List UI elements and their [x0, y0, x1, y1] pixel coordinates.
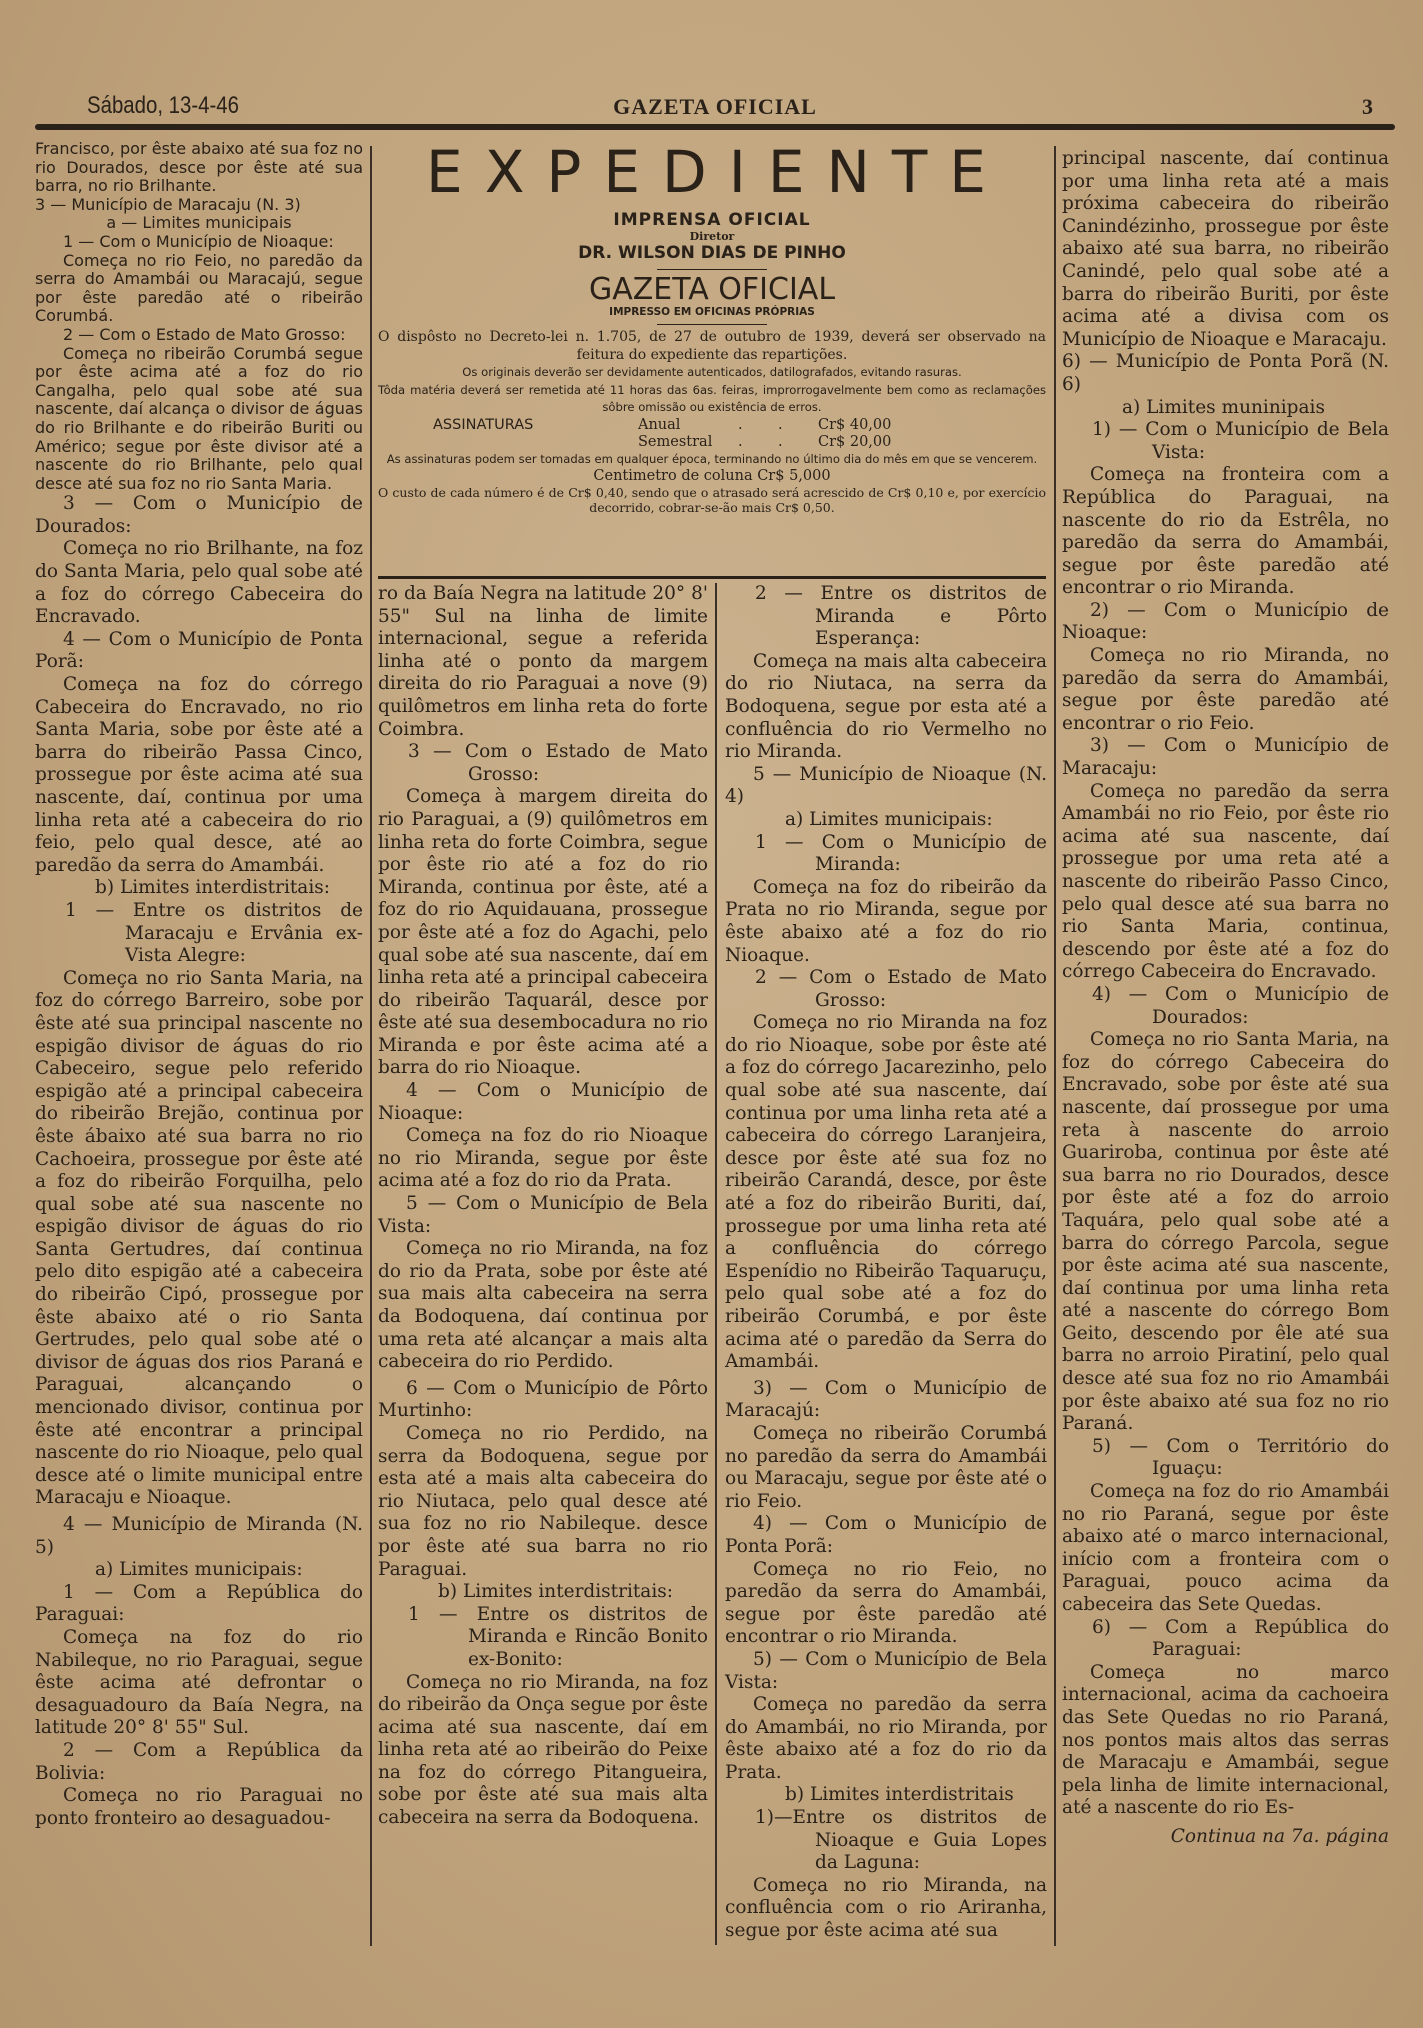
- column-4: principal nascente, daí continua por uma…: [1062, 148, 1389, 1849]
- assinaturas-note: As assinaturas podem ser tomadas em qual…: [378, 451, 1046, 469]
- impresso-note: IMPRESSO EM OFICINAS PRÓPRIAS: [378, 306, 1046, 318]
- paragraph: Começa na foz do rio Nabileque, no rio P…: [35, 1627, 363, 1740]
- column-1-top-block: Francisco, por êste abaixo até sua foz n…: [35, 140, 363, 493]
- item-heading: 5 — Com o Município de Bela Vista:: [378, 1193, 708, 1238]
- materia-note: Tôda matéria deverá ser remetida até 11 …: [378, 382, 1046, 417]
- item-heading: 5) — Com o Território do Iguaçu:: [1062, 1436, 1389, 1481]
- paragraph: Começa na mais alta cabeceira do rio Niu…: [725, 651, 1047, 764]
- paragraph: Começa na foz do rio Amambái no rio Para…: [1062, 1481, 1389, 1617]
- gazeta-title: GAZETA OFICIAL: [378, 274, 1046, 306]
- paragraph: Francisco, por êste abaixo até sua foz n…: [35, 140, 363, 196]
- paragraph: Começa no rio Miranda, na confluência co…: [725, 1875, 1047, 1943]
- item-heading: 1 — Com o Município de Miranda:: [725, 832, 1047, 877]
- item-heading: 4) — Com o Município de Ponta Porã:: [725, 1513, 1047, 1558]
- subsection-heading: b) Limites interdistritais:: [35, 877, 363, 900]
- expediente-box: EXPEDIENTE IMPRENSA OFICIAL Diretor DR. …: [378, 140, 1046, 575]
- item-heading: 4 — Com o Município de Ponta Porã:: [35, 629, 363, 674]
- paragraph: ro da Baía Negra na latitude 20° 8' 55" …: [378, 583, 708, 741]
- assinatura-valor: Cr$ 20,00: [818, 434, 1046, 451]
- paragraph: Começa no rio Feio, no paredão da serra …: [35, 252, 363, 326]
- item-heading: 1 — Entre os distritos de Miranda e Rinc…: [378, 1604, 708, 1672]
- item-heading: 3) — Com o Município de Maracaju:: [1062, 735, 1389, 780]
- paragraph: Começa na foz do rio Nioaque no rio Mira…: [378, 1125, 708, 1193]
- dot-leader: .: [778, 417, 818, 434]
- header-page-number: 3: [1362, 94, 1373, 120]
- section-heading: 5 — Município de Nioaque (N. 4): [725, 764, 1047, 809]
- assinatura-periodo: Semestral: [638, 434, 738, 451]
- section-heading: 3 — Município de Maracaju (N. 3): [35, 196, 363, 215]
- item-heading: 2 — Com a República da Bolivia:: [35, 1740, 363, 1785]
- paragraph: Começa no rio Santa Maria, na foz do cór…: [35, 968, 363, 1510]
- subsection-heading: b) Limites interdistritais: [725, 1784, 1047, 1807]
- diretor-name: DR. WILSON DIAS DE PINHO: [378, 243, 1046, 263]
- section-heading: 4 — Município de Miranda (N. 5): [35, 1514, 363, 1559]
- column-divider: [715, 583, 717, 1945]
- paragraph: Começa no rio Perdido, na serra da Bodoq…: [378, 1423, 708, 1581]
- item-heading: 4 — Com o Município de Nioaque:: [378, 1080, 708, 1125]
- expediente-bottom-rule: [378, 576, 1046, 579]
- assinaturas-table: ASSINATURAS Anual . . Cr$ 40,00 Semestra…: [378, 417, 1046, 451]
- item-heading: 3) — Com o Município de Maracajú:: [725, 1378, 1047, 1423]
- paragraph: Começa no rio Paraguai no ponto fronteir…: [35, 1785, 363, 1830]
- item-heading: 2 — Com o Estado de Mato Grosso:: [725, 967, 1047, 1012]
- item-heading: 5) — Com o Município de Bela Vista:: [725, 1649, 1047, 1694]
- column-divider: [370, 146, 372, 1946]
- paragraph: Começa no paredão da serra do Amambái, n…: [725, 1694, 1047, 1784]
- item-heading: 6 — Com o Município de Pôrto Murtinho:: [378, 1378, 708, 1423]
- continued-note: Continua na 7a. página: [1062, 1826, 1389, 1849]
- paragraph: Começa no paredão da serra Amambái no ri…: [1062, 781, 1389, 984]
- subsection-heading: a) Limites municipais:: [35, 1559, 363, 1582]
- assinatura-periodo: Anual: [638, 417, 738, 434]
- subsection-heading: b) Limites interdistritais:: [378, 1581, 708, 1604]
- centimetro-price: Centimetro de coluna Cr$ 5,000: [378, 468, 1046, 485]
- paragraph: Começa no rio Miranda, na foz do rio da …: [378, 1238, 708, 1374]
- diretor-label: Diretor: [378, 230, 1046, 243]
- section-heading: 6) — Município de Ponta Porã (N. 6): [1062, 351, 1389, 396]
- paragraph: Começa no rio Santa Maria, na foz do cór…: [1062, 1029, 1389, 1436]
- paragraph: Começa na foz do córrego Cabeceira do En…: [35, 674, 363, 877]
- paragraph: Começa na fronteira com a República do P…: [1062, 464, 1389, 600]
- originais-note: Os originais deverão ser devidamente aut…: [378, 364, 1046, 382]
- item-heading: 2 — Entre os distritos de Miranda e Pôrt…: [725, 583, 1047, 651]
- expediente-title: EXPEDIENTE: [388, 140, 1046, 204]
- paragraph: Começa no marco internacional, acima da …: [1062, 1662, 1389, 1820]
- subsection-heading: a) Limites municipais:: [725, 809, 1047, 832]
- page-header: Sábado, 13-4-46 GAZETA OFICIAL 3: [35, 92, 1395, 132]
- subsection-heading: a — Limites municipais: [35, 214, 363, 233]
- paragraph: Começa no ribeirão Corumbá no paredão da…: [725, 1423, 1047, 1513]
- item-heading: 1)—Entre os distritos de Nioaque e Guia …: [725, 1807, 1047, 1875]
- paragraph: Começa à margem direita do rio Paraguai,…: [378, 786, 708, 1080]
- decreto-note: O dispôsto no Decreto-lei n. 1.705, de 2…: [378, 329, 1046, 364]
- item-heading: 3 — Com o Estado de Mato Grosso:: [378, 741, 708, 786]
- paragraph: Começa no rio Miranda na foz do rio Nioa…: [725, 1012, 1047, 1374]
- assinaturas-label: ASSINATURAS: [378, 417, 638, 434]
- item-heading: 6) — Com a República do Paraguai:: [1062, 1617, 1389, 1662]
- item-heading: 2 — Com o Estado de Mato Grosso:: [35, 326, 363, 345]
- item-heading: 2) — Com o Município de Nioaque:: [1062, 600, 1389, 645]
- imprensa-oficial: IMPRENSA OFICIAL: [378, 210, 1046, 230]
- paragraph: Começa na foz do ribeirão da Prata no ri…: [725, 877, 1047, 967]
- divider: [657, 324, 767, 325]
- item-heading: 1 — Com a República do Paraguai:: [35, 1582, 363, 1627]
- column-divider: [1054, 146, 1056, 1946]
- paragraph: Começa no ribeirão Corumbá segue por êst…: [35, 345, 363, 494]
- header-rule: [35, 124, 1395, 130]
- divider: [657, 269, 767, 270]
- item-heading: 1 — Com o Município de Nioaque:: [35, 233, 363, 252]
- paragraph: Começa no rio Miranda, no paredão da ser…: [1062, 645, 1389, 735]
- dot-leader: .: [738, 434, 778, 451]
- header-title: GAZETA OFICIAL: [35, 94, 1395, 120]
- paragraph: Começa no rio Miranda, na foz do ribeirã…: [378, 1672, 708, 1830]
- assinatura-valor: Cr$ 40,00: [818, 417, 1046, 434]
- paragraph: Começa no rio Brilhante, na foz do Santa…: [35, 538, 363, 628]
- item-heading: 4) — Com o Município de Dourados:: [1062, 984, 1389, 1029]
- subsection-heading: a) Limites muninipais: [1062, 397, 1389, 420]
- custo-note: O custo de cada número é de Cr$ 0,40, se…: [378, 485, 1046, 515]
- item-heading: 1) — Com o Município de Bela Vista:: [1062, 419, 1389, 464]
- column-2: ro da Baía Negra na latitude 20° 8' 55" …: [378, 583, 708, 1830]
- item-heading: 3 — Com o Município de Dourados:: [35, 493, 363, 538]
- dot-leader: .: [738, 417, 778, 434]
- paragraph: principal nascente, daí continua por uma…: [1062, 148, 1389, 351]
- column-3: 2 — Entre os distritos de Miranda e Pôrt…: [725, 583, 1047, 1943]
- item-heading: 1 — Entre os distritos de Maracaju e Erv…: [35, 900, 363, 968]
- dot-leader: .: [778, 434, 818, 451]
- column-1: Francisco, por êste abaixo até sua foz n…: [35, 140, 363, 1830]
- paragraph: Começa no rio Feio, no paredão da serra …: [725, 1559, 1047, 1649]
